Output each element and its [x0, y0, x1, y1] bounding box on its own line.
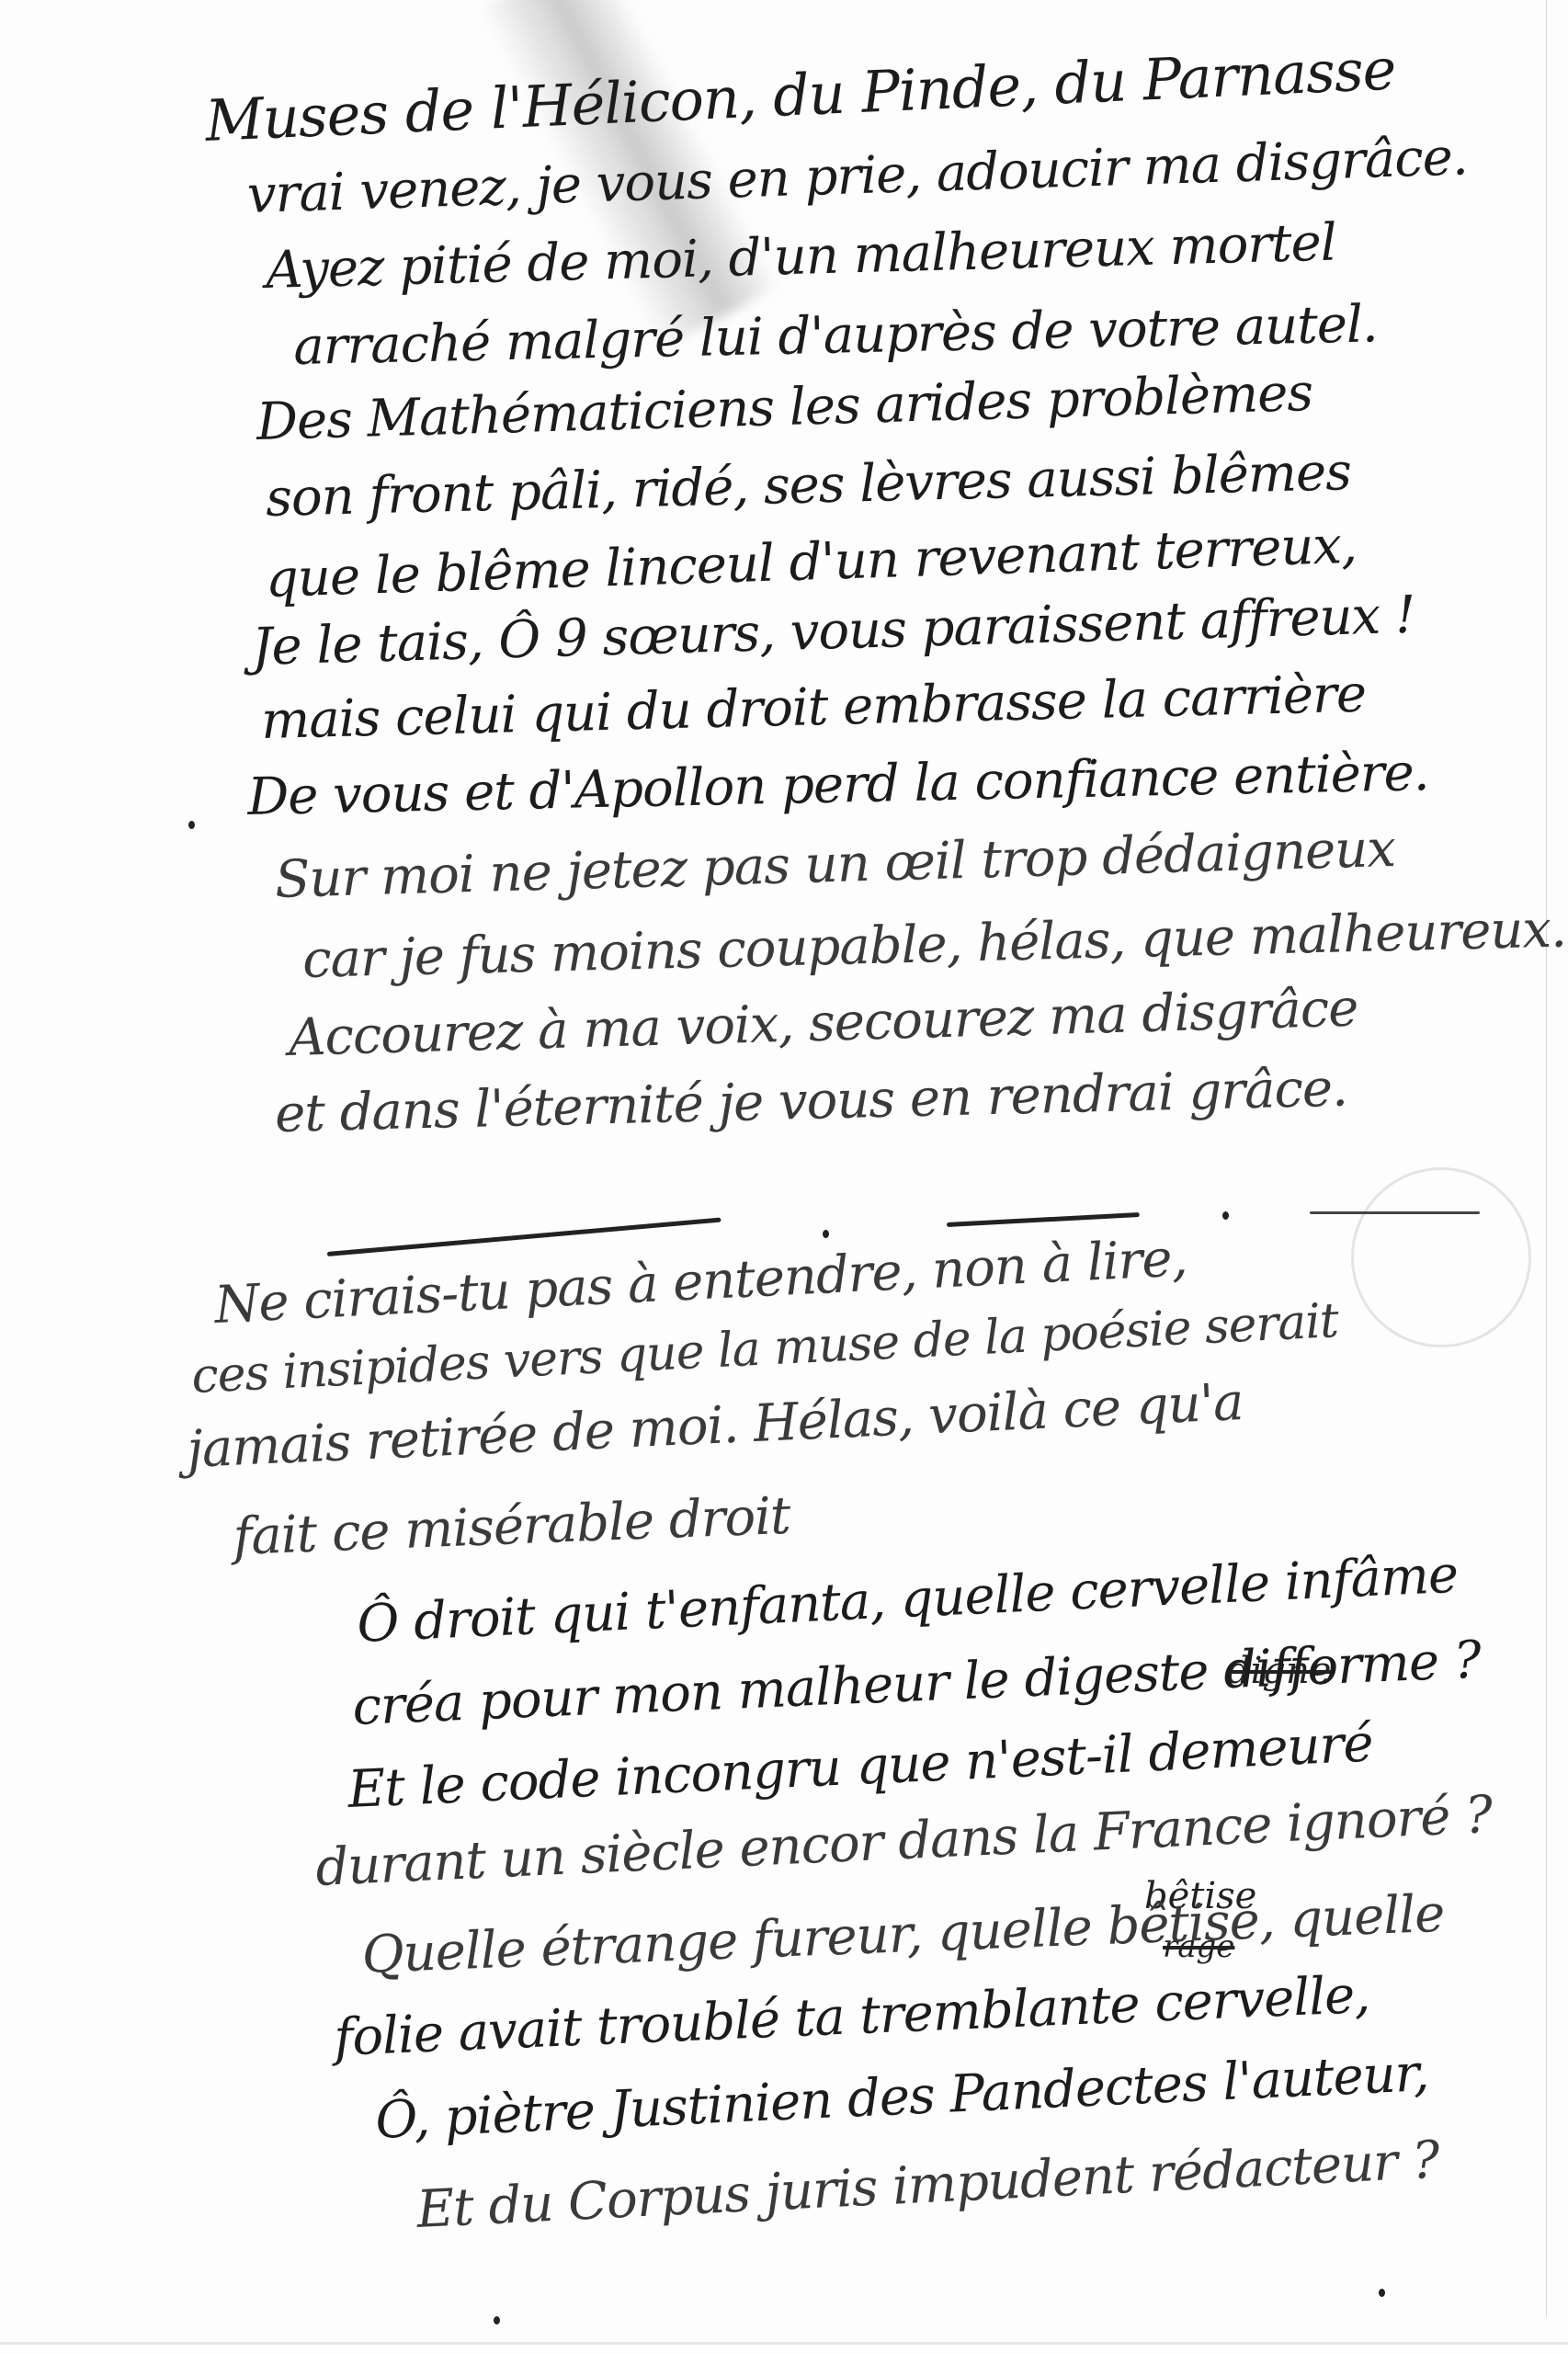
poem1-line-6: son front pâli, ridé, ses lèvres aussi b…: [265, 442, 1351, 529]
poem1-line-9: mais celui qui du droit embrasse la carr…: [260, 665, 1366, 751]
page-bottom-edge: [0, 2342, 1568, 2345]
divider-rule-right: [1310, 1211, 1480, 1214]
ink-dot: [494, 2316, 500, 2325]
divider-rule-left: [327, 1218, 722, 1256]
poem2-verse-line-8: Et du Corpus juris impudent rédacteur ?: [415, 2131, 1440, 2240]
page-edge-line: [1546, 0, 1547, 2316]
poem1-line-4: arraché malgré lui d'auprès de votre aut…: [293, 294, 1379, 377]
faint-stamp: [1351, 1167, 1531, 1347]
poem1-line-12: car je fus moins coupable, hélas, que ma…: [301, 899, 1566, 990]
poem1-line-13: Accourez à ma voix, secourez ma disgrâce: [288, 979, 1358, 1068]
poem1-line-3: Ayez pitié de moi, d'un malheureux morte…: [265, 213, 1336, 301]
manuscript-page: Muses de l'Hélicon, du Pinde, du Parnass…: [0, 0, 1568, 2353]
poem1-line-11: Sur moi ne jetez pas un œil trop dédaign…: [274, 819, 1396, 910]
ink-blot: [1379, 2289, 1385, 2297]
divider-dot: [823, 1230, 829, 1238]
poem1-line-10: De vous et d'Apollon perd la confiance e…: [247, 743, 1429, 827]
divider-dot: [1222, 1211, 1229, 1220]
poem1-line-5: Des Mathématiciens les arides problèmes: [256, 363, 1313, 452]
poem2-prose-line-4: fait ce misérable droit: [233, 1486, 791, 1567]
divider-rule-middle: [947, 1212, 1140, 1227]
poem1-line-14: et dans l'éternité je vous en rendrai gr…: [274, 1059, 1347, 1144]
ink-dot: [188, 821, 195, 829]
